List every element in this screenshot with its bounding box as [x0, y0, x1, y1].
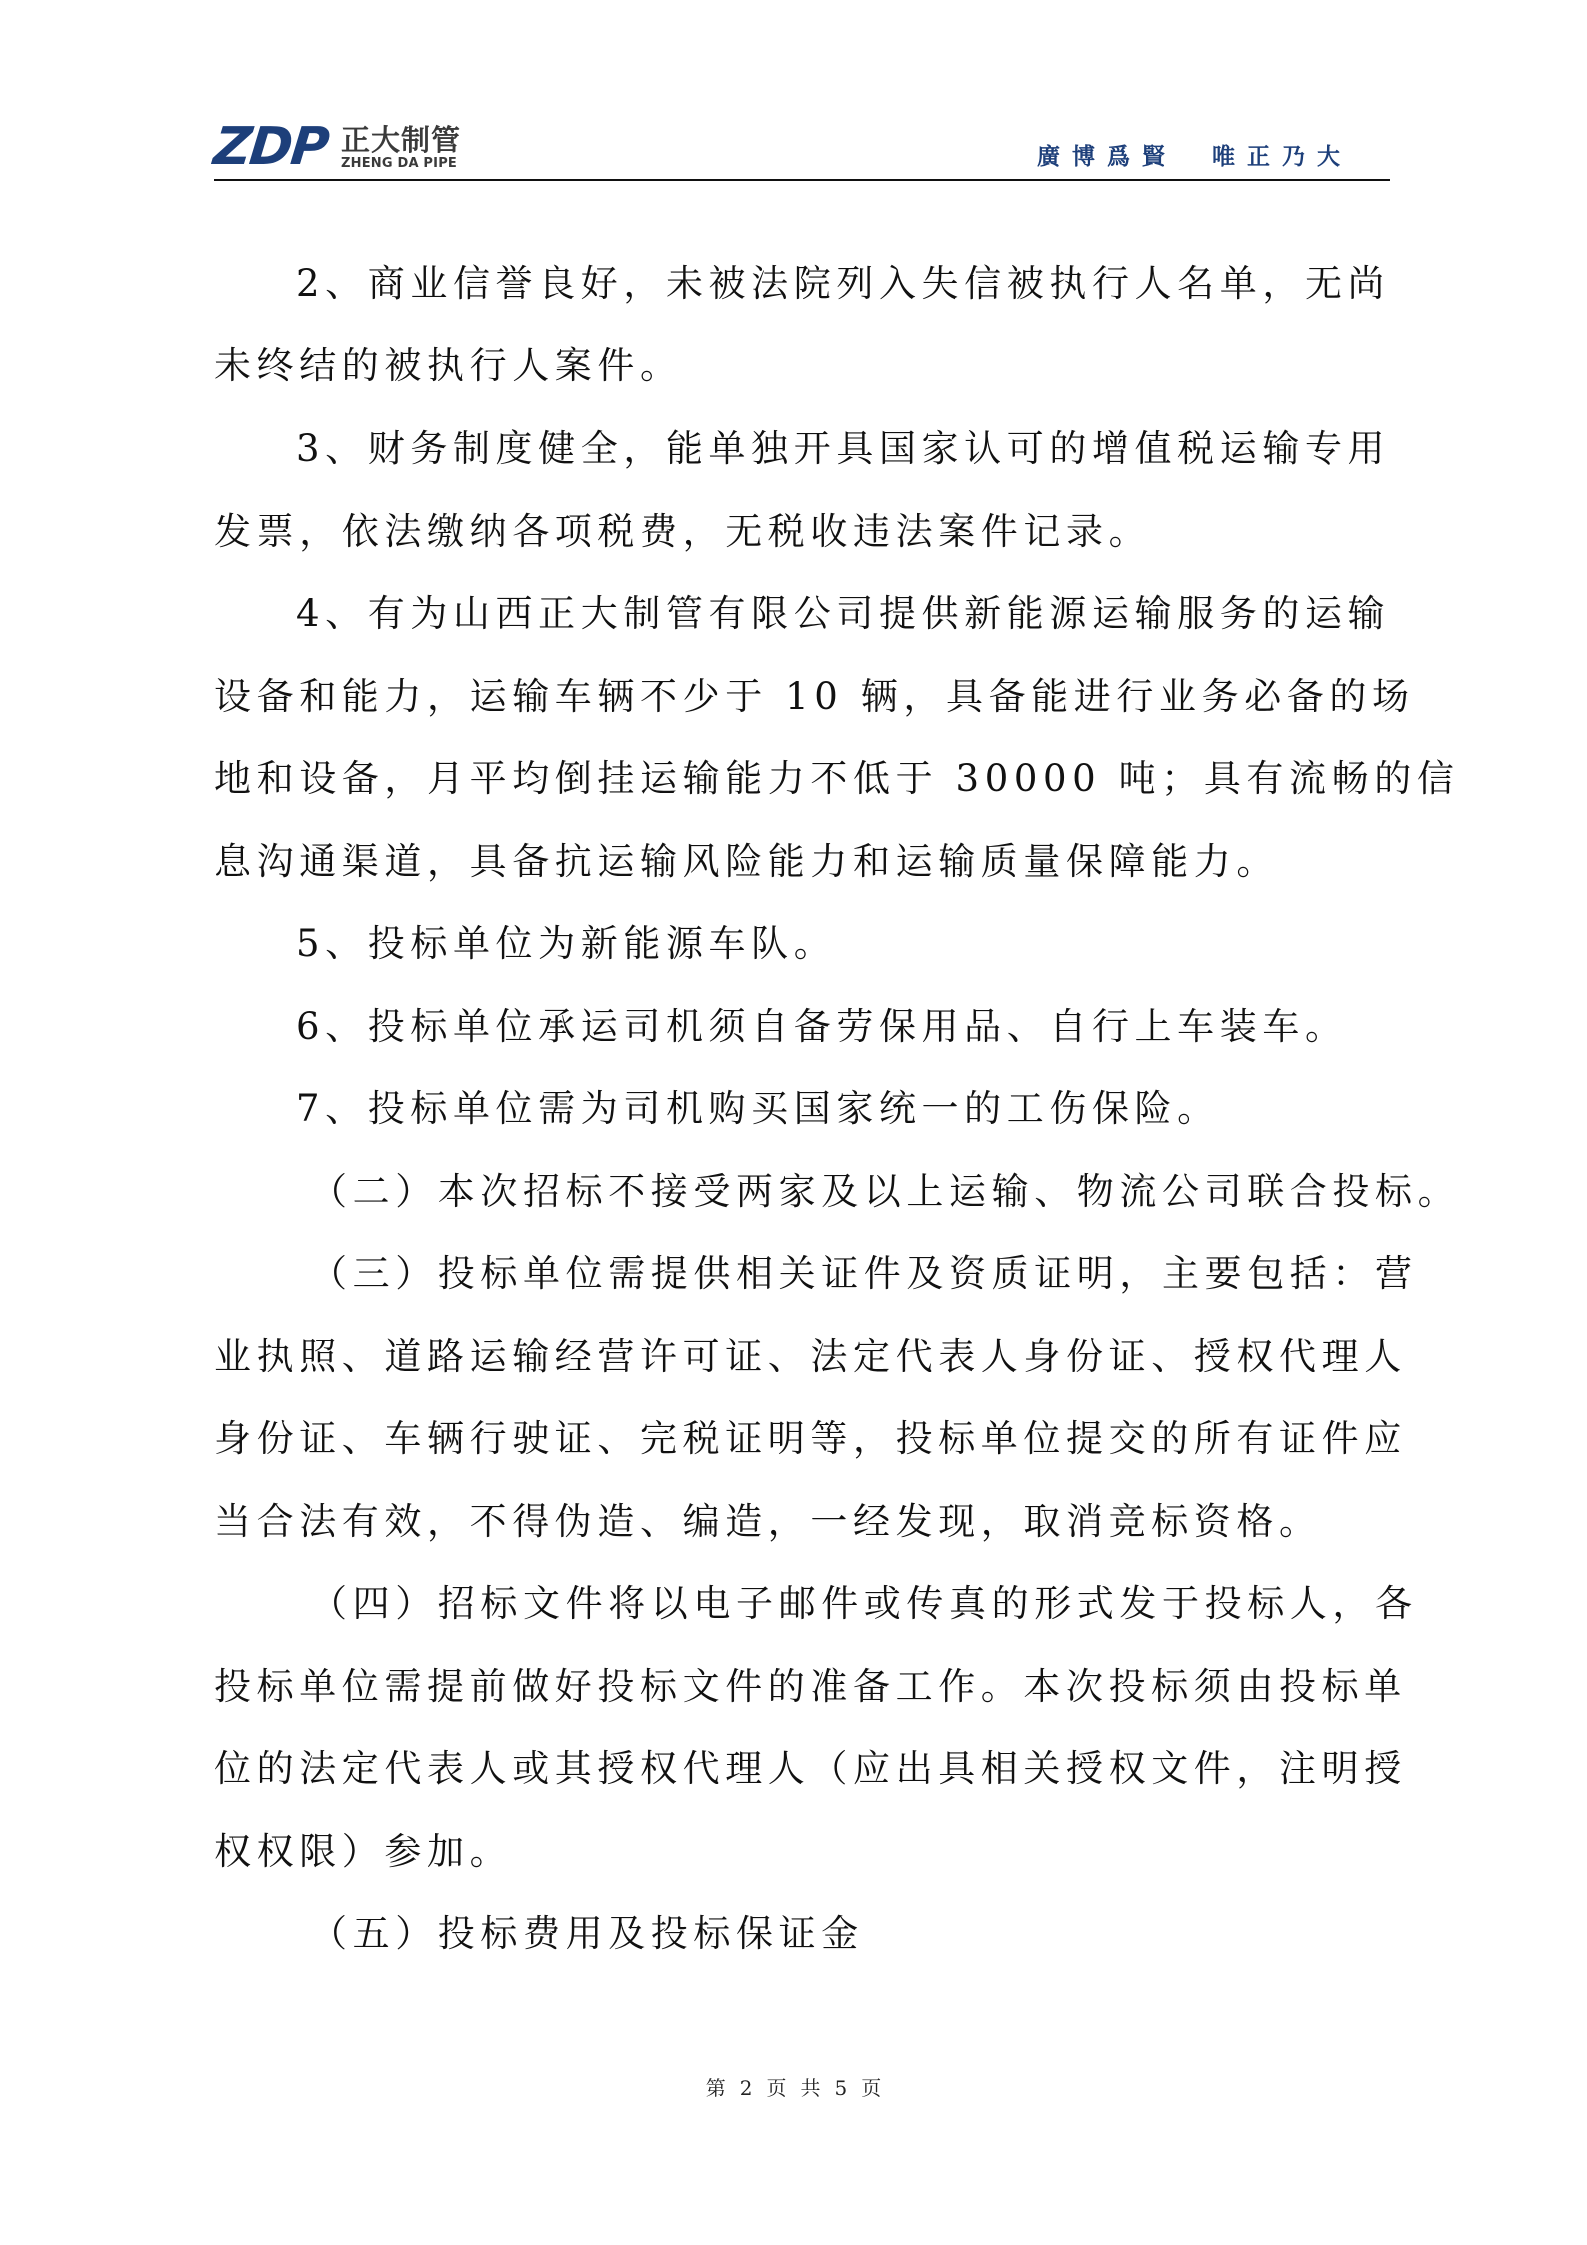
- company-motto: 廣博爲賢 唯正乃大: [1037, 138, 1352, 171]
- text-line: 当合法有效，不得伪造、编造，一经发现，取消竞标资格。: [214, 1500, 1322, 1544]
- text-line: 7、投标单位需为司机购买国家统一的工伤保险。: [296, 1087, 1220, 1131]
- page-header: ZDP 正大制管 ZHENG DA PIPE 廣博爲賢 唯正乃大: [214, 118, 1394, 180]
- text-line: 4、有为山西正大制管有限公司提供新能源运输服务的运输: [296, 592, 1390, 636]
- text-line: 设备和能力，运输车辆不少于 10 辆，具备能进行业务必备的场: [214, 675, 1415, 719]
- total-pages-number: 5: [835, 2076, 848, 2100]
- text-line: 2、商业信誉良好，未被法院列入失信被执行人名单，无尚: [296, 262, 1390, 306]
- logo-chinese-name: 正大制管: [341, 124, 461, 156]
- logo-english-name: ZHENG DA PIPE: [341, 156, 461, 171]
- page-label: 页: [767, 2076, 787, 2100]
- total-label: 页: [861, 2076, 881, 2100]
- total-prefix: 共: [801, 2076, 821, 2100]
- text-line: 位的法定代表人或其授权代理人（应出具相关授权文件，注明授: [214, 1747, 1407, 1791]
- text-line: 未终结的被执行人案件。: [214, 344, 683, 388]
- text-line: （三）投标单位需提供相关证件及资质证明，主要包括：营: [310, 1252, 1418, 1296]
- text-line: （四）招标文件将以电子邮件或传真的形式发于投标人，各: [310, 1582, 1418, 1626]
- logo-text: 正大制管 ZHENG DA PIPE: [341, 124, 461, 171]
- company-logo: ZDP 正大制管 ZHENG DA PIPE: [214, 122, 461, 172]
- page-footer: 第2页共5页: [0, 2072, 1587, 2101]
- text-line: 6、投标单位承运司机须自备劳保用品、自行上车装车。: [296, 1005, 1348, 1049]
- text-line: 权权限）参加。: [214, 1830, 512, 1874]
- text-line: 业执照、道路运输经营许可证、法定代表人身份证、授权代理人: [214, 1335, 1407, 1379]
- text-line: （五）投标费用及投标保证金: [310, 1912, 864, 1956]
- page-prefix: 第: [706, 2076, 726, 2100]
- text-line: 地和设备，月平均倒挂运输能力不低于 30000 吨；具有流畅的信: [214, 757, 1459, 801]
- current-page-number: 2: [740, 2076, 753, 2100]
- text-line: 3、财务制度健全，能单独开具国家认可的增值税运输专用: [296, 427, 1390, 471]
- text-line: 发票，依法缴纳各项税费，无税收违法案件记录。: [214, 510, 1151, 554]
- text-line: 息沟通渠道，具备抗运输风险能力和运输质量保障能力。: [214, 840, 1279, 884]
- text-line: 5、投标单位为新能源车队。: [296, 922, 836, 966]
- text-line: 身份证、车辆行驶证、完税证明等，投标单位提交的所有证件应: [214, 1417, 1407, 1461]
- header-divider: [214, 179, 1390, 181]
- text-line: （二）本次招标不接受两家及以上运输、物流公司联合投标。: [310, 1170, 1460, 1214]
- text-line: 投标单位需提前做好投标文件的准备工作。本次投标须由投标单: [214, 1665, 1407, 1709]
- logo-mark: ZDP: [211, 122, 329, 172]
